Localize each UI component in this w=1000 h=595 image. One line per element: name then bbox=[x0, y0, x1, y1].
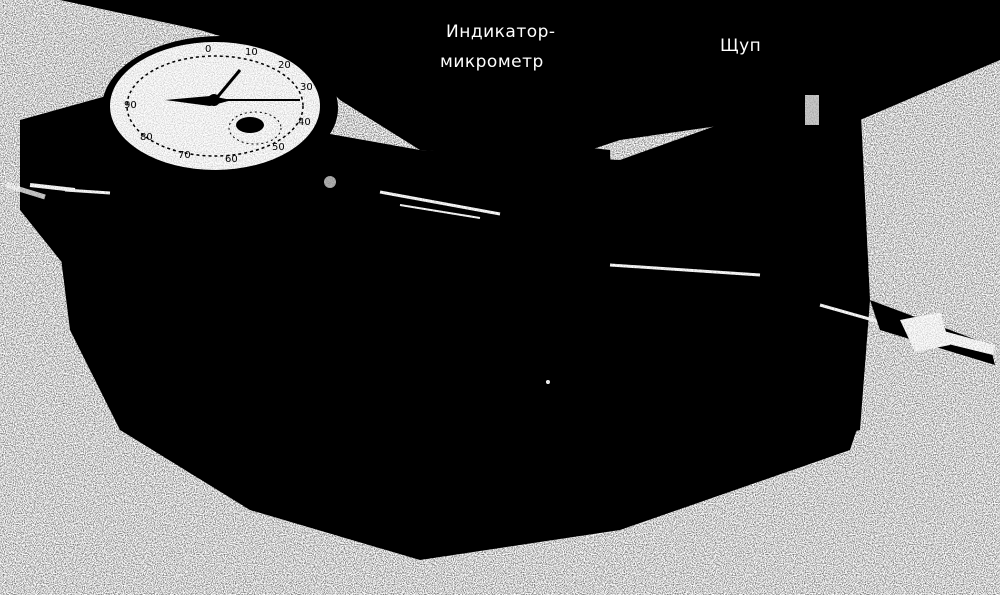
indicator-label-line2: микрометр bbox=[440, 52, 544, 72]
device-photo: 01020 304050 607080 90 bbox=[0, 0, 1000, 595]
indicator-label-line1: Индикатор- bbox=[446, 22, 556, 42]
probe-label: Щуп bbox=[720, 36, 761, 56]
